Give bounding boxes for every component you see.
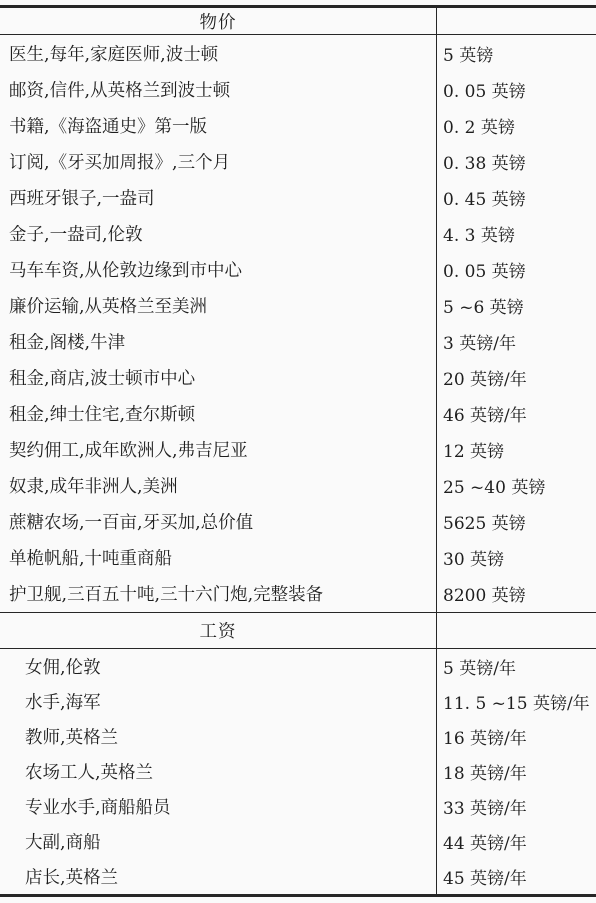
table-row: 租金,阁楼,牛津 3 英镑/年	[0, 323, 596, 359]
item-cell: 租金,商店,波士顿市中心	[0, 359, 437, 395]
prices-rows: 医生,每年,家庭医师,波士顿 5 英镑 邮资,信件,从英格兰到波士顿 0. 05…	[0, 35, 596, 612]
table-row: 店长,英格兰 45 英镑/年	[0, 859, 596, 894]
wages-rows: 女佣,伦敦 5 英镑/年 水手,海军 11. 5 ~15 英镑/年 教师,英格兰…	[0, 649, 596, 894]
value-cell: 5 英镑/年	[437, 654, 596, 679]
table-row: 订阅,《牙买加周报》,三个月 0. 38 英镑	[0, 143, 596, 179]
item-cell: 书籍,《海盗通史》第一版	[0, 107, 437, 143]
wages-header-empty-cell	[437, 613, 596, 648]
value-cell: 16 英镑/年	[437, 724, 596, 749]
value-cell: 18 英镑/年	[437, 759, 596, 784]
item-cell: 契约佣工,成年欧洲人,弗吉尼亚	[0, 432, 437, 468]
item-cell: 奴隶,成年非洲人,美洲	[0, 468, 437, 504]
value-cell: 8200 英镑	[437, 581, 596, 606]
item-cell: 大副,商船	[0, 824, 437, 859]
item-cell: 廉价运输,从英格兰至美洲	[0, 287, 437, 323]
item-cell: 西班牙银子,一盎司	[0, 179, 437, 215]
table-row: 大副,商船 44 英镑/年	[0, 824, 596, 859]
table-row: 农场工人,英格兰 18 英镑/年	[0, 754, 596, 789]
wages-section: 工资 女佣,伦敦 5 英镑/年 水手,海军 11. 5 ~15 英镑/年 教师,…	[0, 612, 596, 894]
table-row: 西班牙银子,一盎司 0. 45 英镑	[0, 179, 596, 215]
value-cell: 3 英镑/年	[437, 329, 596, 354]
value-cell: 0. 38 英镑	[437, 149, 596, 174]
value-cell: 5625 英镑	[437, 509, 596, 534]
value-cell: 11. 5 ~15 英镑/年	[437, 689, 596, 714]
wages-section-title: 工资	[0, 613, 437, 648]
value-cell: 12 英镑	[437, 437, 596, 462]
item-cell: 蔗糖农场,一百亩,牙买加,总价值	[0, 504, 437, 540]
prices-section: 物价 医生,每年,家庭医师,波士顿 5 英镑 邮资,信件,从英格兰到波士顿 0.…	[0, 8, 596, 612]
item-cell: 水手,海军	[0, 684, 437, 719]
item-cell: 教师,英格兰	[0, 719, 437, 754]
value-cell: 45 英镑/年	[437, 864, 596, 889]
table-row: 租金,绅士住宅,查尔斯顿 46 英镑/年	[0, 395, 596, 431]
table-row: 廉价运输,从英格兰至美洲 5 ~6 英镑	[0, 287, 596, 323]
value-cell: 0. 05 英镑	[437, 257, 596, 282]
item-cell: 租金,绅士住宅,查尔斯顿	[0, 395, 437, 431]
item-cell: 医生,每年,家庭医师,波士顿	[0, 35, 437, 71]
wages-header-row: 工资	[0, 613, 596, 649]
table-row: 马车车资,从伦敦边缘到市中心 0. 05 英镑	[0, 251, 596, 287]
table-row: 单桅帆船,十吨重商船 30 英镑	[0, 540, 596, 576]
prices-header-row: 物价	[0, 8, 596, 35]
table-row: 契约佣工,成年欧洲人,弗吉尼亚 12 英镑	[0, 432, 596, 468]
item-cell: 租金,阁楼,牛津	[0, 323, 437, 359]
table-row: 护卫舰,三百五十吨,三十六门炮,完整装备 8200 英镑	[0, 576, 596, 612]
value-cell: 0. 05 英镑	[437, 77, 596, 102]
item-cell: 订阅,《牙买加周报》,三个月	[0, 143, 437, 179]
prices-section-title: 物价	[0, 8, 437, 34]
table-row: 蔗糖农场,一百亩,牙买加,总价值 5625 英镑	[0, 504, 596, 540]
item-cell: 专业水手,商船船员	[0, 789, 437, 824]
item-cell: 店长,英格兰	[0, 859, 437, 894]
value-cell: 25 ~40 英镑	[437, 473, 596, 498]
table-row: 专业水手,商船船员 33 英镑/年	[0, 789, 596, 824]
table-row: 医生,每年,家庭医师,波士顿 5 英镑	[0, 35, 596, 71]
item-cell: 邮资,信件,从英格兰到波士顿	[0, 71, 437, 107]
table-row: 邮资,信件,从英格兰到波士顿 0. 05 英镑	[0, 71, 596, 107]
value-cell: 5 ~6 英镑	[437, 293, 596, 318]
scanned-book-page: 物价 医生,每年,家庭医师,波士顿 5 英镑 邮资,信件,从英格兰到波士顿 0.…	[0, 0, 596, 903]
value-cell: 5 英镑	[437, 41, 596, 66]
value-cell: 0. 45 英镑	[437, 185, 596, 210]
table-row: 奴隶,成年非洲人,美洲 25 ~40 英镑	[0, 468, 596, 504]
value-cell: 33 英镑/年	[437, 794, 596, 819]
table-row: 教师,英格兰 16 英镑/年	[0, 719, 596, 754]
value-cell: 30 英镑	[437, 545, 596, 570]
prices-wages-table: 物价 医生,每年,家庭医师,波士顿 5 英镑 邮资,信件,从英格兰到波士顿 0.…	[0, 5, 596, 897]
value-cell: 0. 2 英镑	[437, 113, 596, 138]
table-row: 书籍,《海盗通史》第一版 0. 2 英镑	[0, 107, 596, 143]
value-cell: 4. 3 英镑	[437, 221, 596, 246]
item-cell: 单桅帆船,十吨重商船	[0, 540, 437, 576]
item-cell: 护卫舰,三百五十吨,三十六门炮,完整装备	[0, 576, 437, 612]
item-cell: 农场工人,英格兰	[0, 754, 437, 789]
value-cell: 44 英镑/年	[437, 829, 596, 854]
value-cell: 46 英镑/年	[437, 401, 596, 426]
prices-header-empty-cell	[437, 8, 596, 34]
table-row: 租金,商店,波士顿市中心 20 英镑/年	[0, 359, 596, 395]
item-cell: 马车车资,从伦敦边缘到市中心	[0, 251, 437, 287]
table-row: 女佣,伦敦 5 英镑/年	[0, 649, 596, 684]
item-cell: 女佣,伦敦	[0, 649, 437, 684]
table-row: 水手,海军 11. 5 ~15 英镑/年	[0, 684, 596, 719]
value-cell: 20 英镑/年	[437, 365, 596, 390]
table-row: 金子,一盎司,伦敦 4. 3 英镑	[0, 215, 596, 251]
item-cell: 金子,一盎司,伦敦	[0, 215, 437, 251]
